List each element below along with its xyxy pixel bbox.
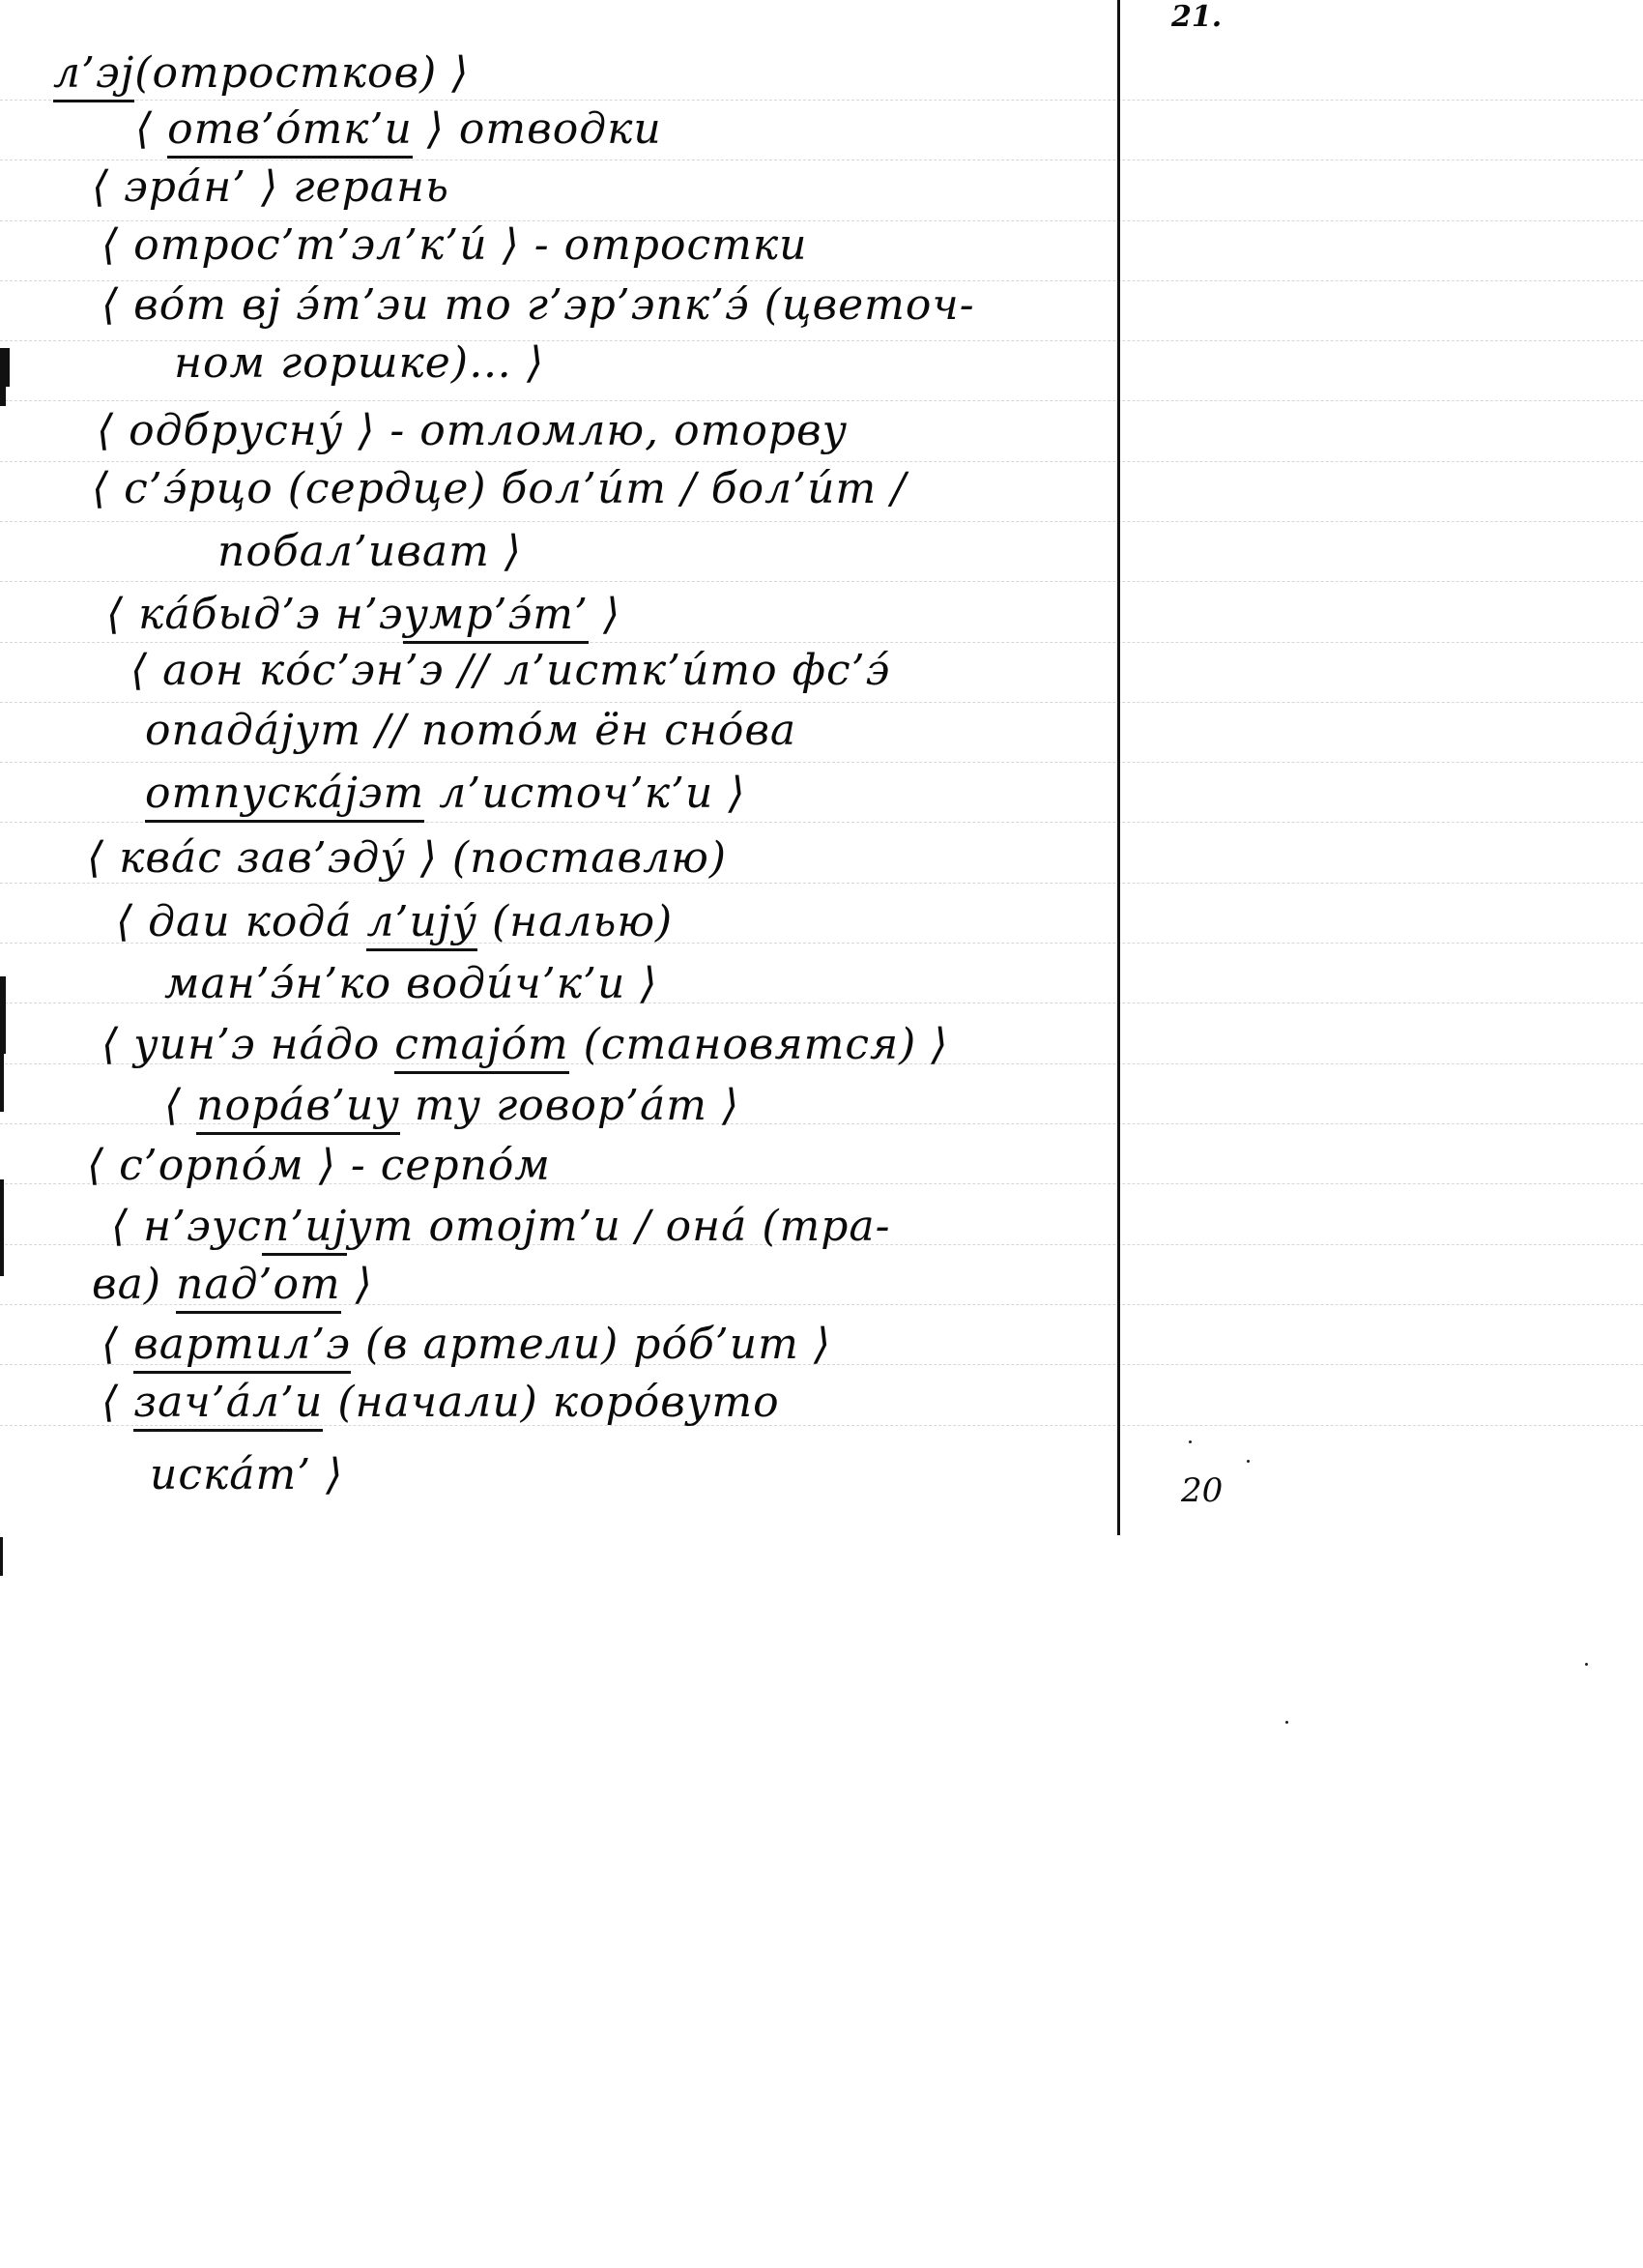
ruling-line [0, 521, 1643, 522]
ruling-line [0, 160, 1643, 160]
binding-mark [0, 1179, 4, 1276]
speck [1285, 1721, 1288, 1724]
text-line: ⟨ отв’о́тк’и ⟩ отводки [135, 104, 662, 155]
text-line: ⟨ квáс зав’эду́ ⟩ (поставлю) [87, 833, 727, 884]
speck [1189, 1440, 1192, 1443]
text-line: ⟨ н’эусп’иjут отоjт’и / онá (тра- [111, 1202, 891, 1252]
text-line: отпускájэт л’источ’к’и ⟩ [145, 769, 746, 819]
text-line: ман’э́н’ко води́ч’к’и ⟩ [164, 959, 657, 1009]
page-number-top: 21. [1171, 0, 1222, 34]
speck [1585, 1663, 1588, 1666]
text-line: ва) пад’от ⟩ [92, 1260, 373, 1310]
text-line: ⟨ отрос’т’эл’к’и́ ⟩ - отростки [101, 220, 807, 271]
text-line: л’эj(отростков) ⟩ [53, 48, 469, 99]
ruling-line [0, 400, 1643, 401]
text-line: побал’иват ⟩ [217, 527, 522, 577]
binding-mark [0, 1054, 4, 1112]
manuscript-page: 21. 20 л’эj(отростков) ⟩ ⟨ отв’о́тк’и ⟩ … [0, 0, 1643, 2268]
speck [1247, 1460, 1250, 1463]
binding-mark [0, 387, 6, 406]
page-number-bottom: 20 [1181, 1471, 1223, 1510]
text-line: опада́jут // пото́м ён сно́ва [145, 706, 796, 756]
margin-rule [1117, 0, 1120, 1535]
ruling-line [0, 100, 1643, 101]
text-line: ⟨ уин’э на́до стаjо́т (становятся) ⟩ [101, 1020, 948, 1070]
text-line: ном горшке)… ⟩ [174, 338, 544, 389]
text-line: ⟨ ка́быд’э н’эумр’э́т’ ⟩ [106, 590, 620, 640]
text-line: ⟨ порáв’иу ту говор’áт ⟩ [164, 1081, 739, 1131]
ruling-line [0, 762, 1643, 763]
binding-mark [0, 976, 6, 1054]
text-line: ⟨ с’орпо́м ⟩ - серпо́м [87, 1141, 551, 1191]
text-line: ⟨ одбрусну́ ⟩ - отломлю, оторву [97, 406, 848, 456]
binding-mark [0, 348, 10, 387]
ruling-line [0, 642, 1643, 643]
ruling-line [0, 581, 1643, 582]
text-line: ⟨ зач’áл’и (начали) коро́вуто [101, 1378, 780, 1428]
text-line: ⟨ даи кодá л’иjу́ (налью) [116, 897, 673, 947]
text-line: ⟨ аон ко́с’эн’э // л’истк’и́то фс’э́ [130, 646, 890, 696]
text-line: ⟨ эра́н’ ⟩ герань [92, 162, 449, 213]
binding-mark [0, 1537, 3, 1576]
text-line: ⟨ с’э́рцо (сердце) бол’и́т / бол’и́т / [92, 464, 907, 514]
text-line: ⟨ во́т вj э́т’эи то г’эр’эпк’э́ (цветоч- [101, 280, 975, 331]
text-line: искáт’ ⟩ [150, 1450, 343, 1500]
ruling-line [0, 702, 1643, 703]
ruling-line [0, 461, 1643, 462]
text-line: ⟨ вартил’э (в артели) ро́б’ит ⟩ [101, 1320, 831, 1370]
